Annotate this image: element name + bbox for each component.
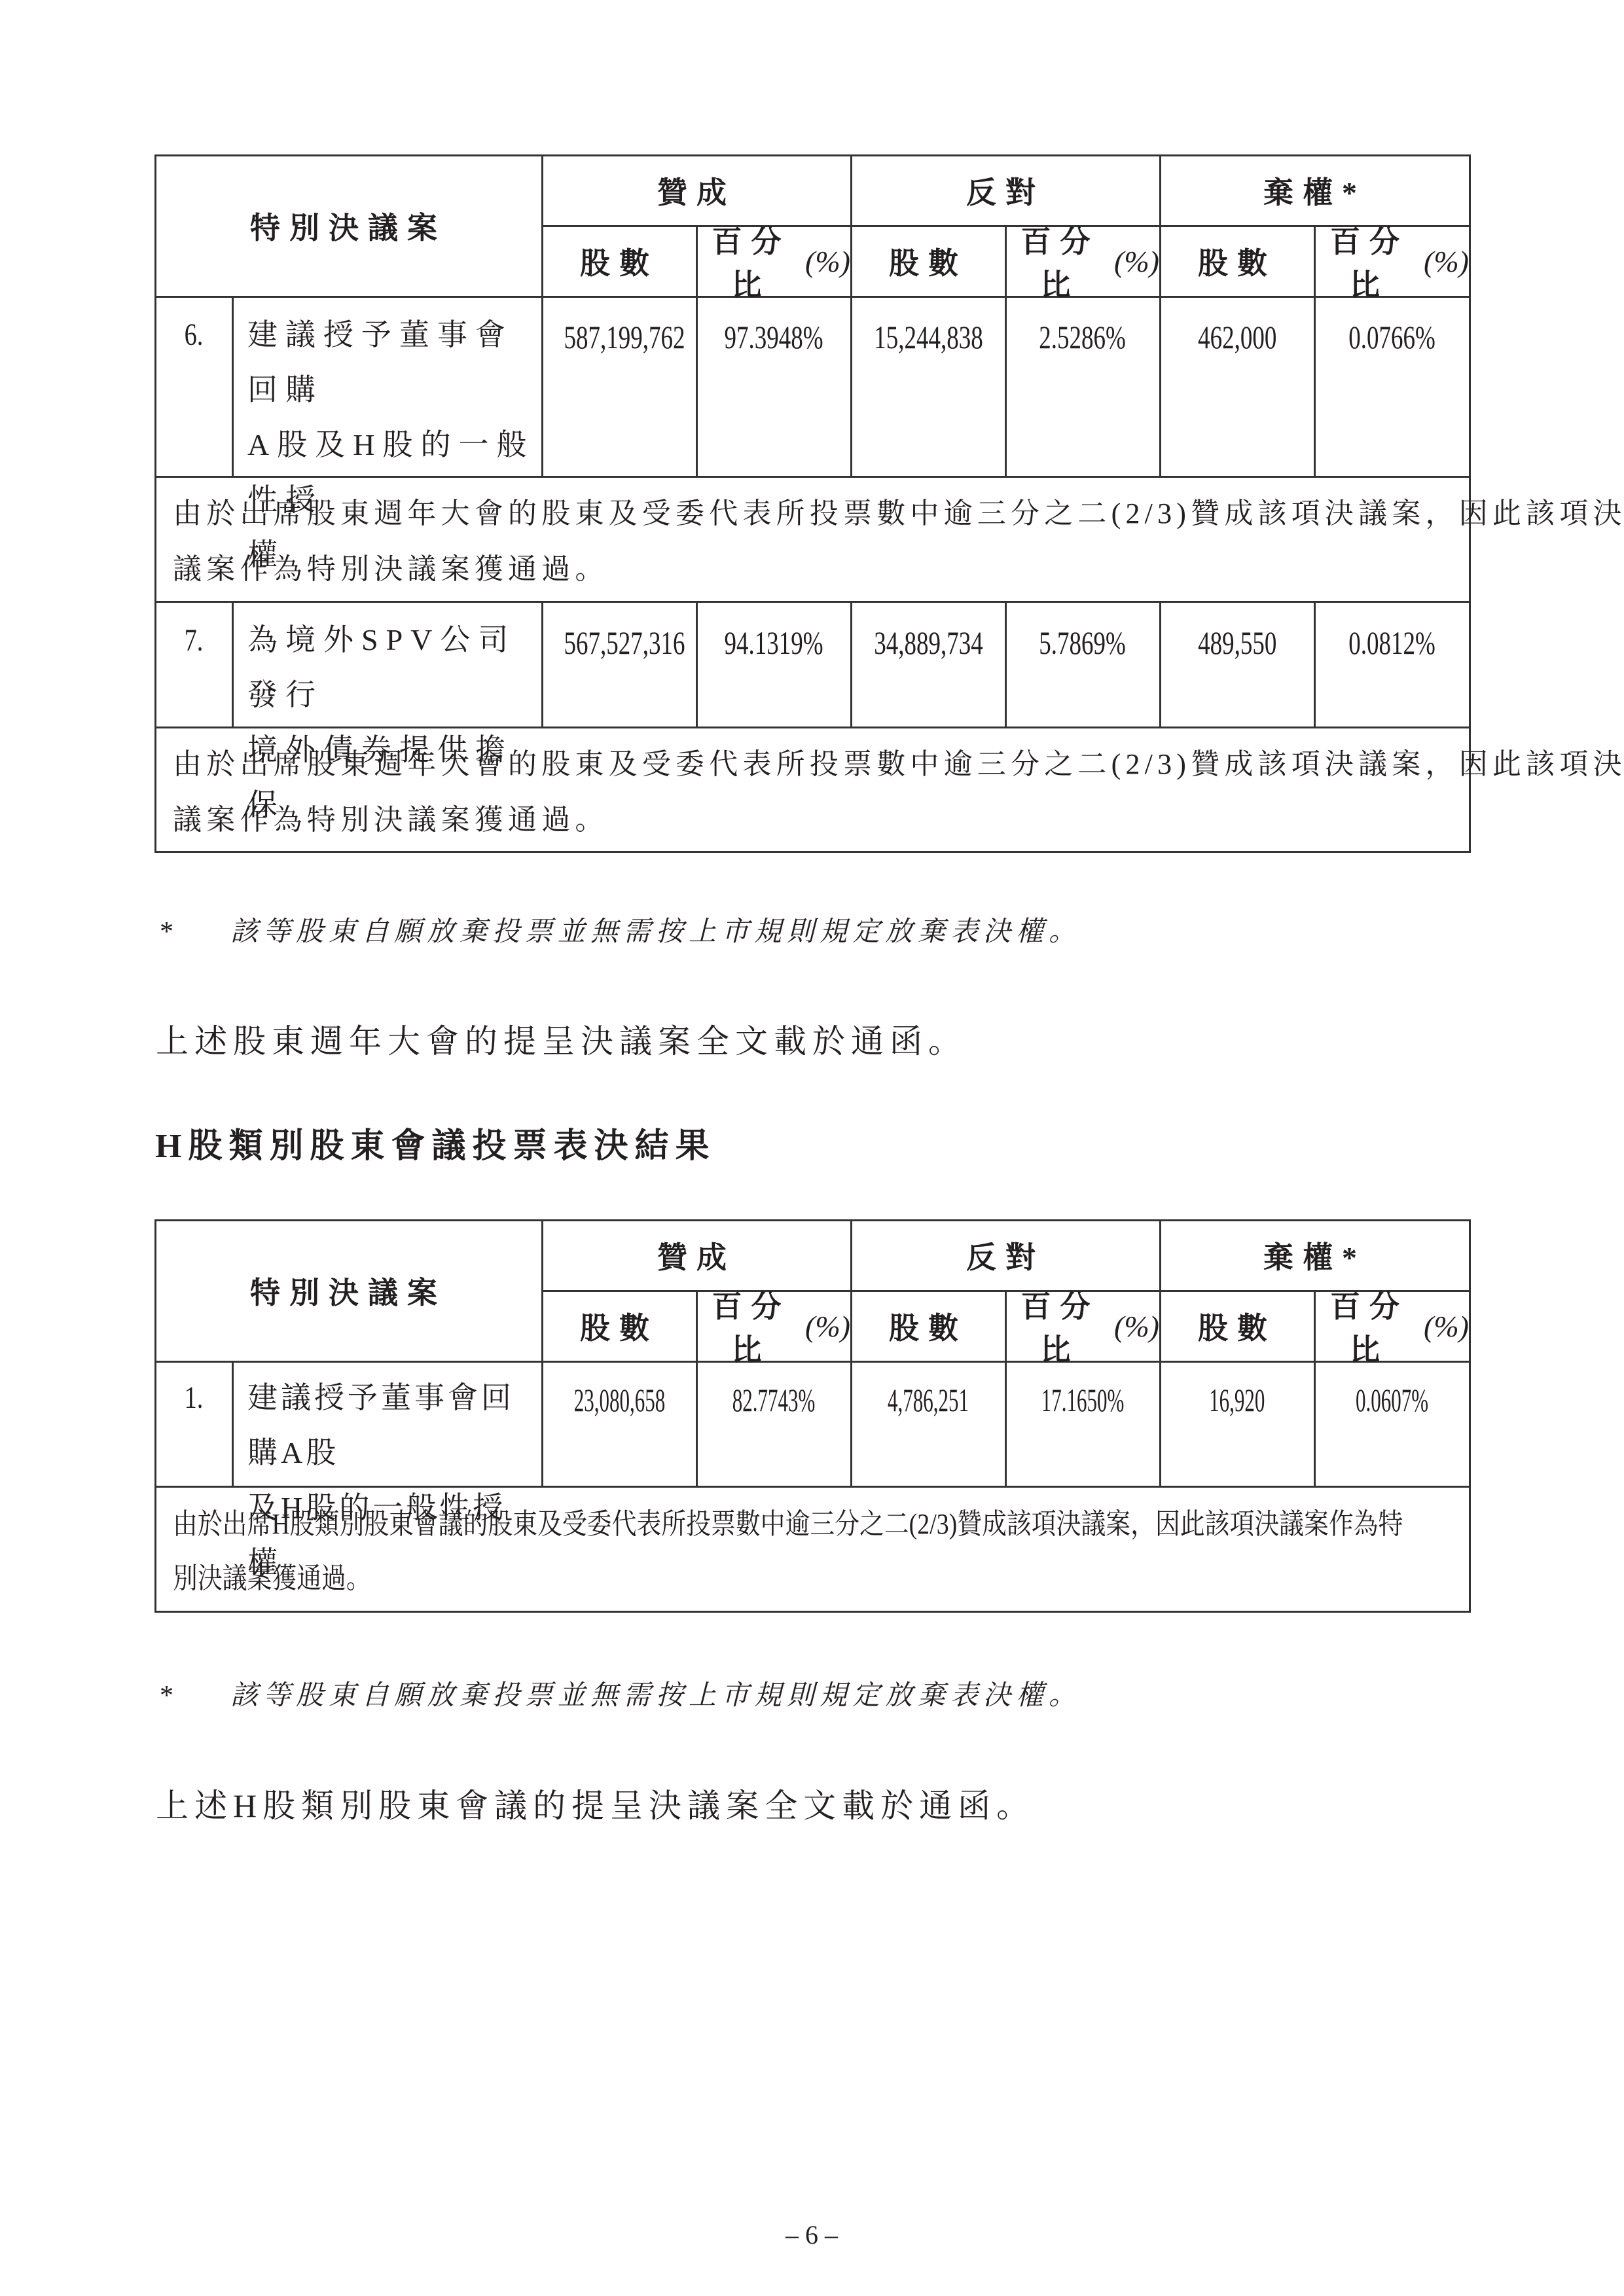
for-percentage: 82.7743% — [697, 1384, 850, 1416]
resolution-passed-note: 由於出席股東週年大會的股東及受委代表所投票數中逾三分之二(2/3)贊成該項決議案… — [173, 486, 1456, 597]
against-percentage: 17.1650% — [1006, 1384, 1159, 1416]
table-border — [155, 851, 1471, 853]
header-for-shares: 股數 — [543, 1291, 696, 1361]
pct-unit: (%) — [1114, 1309, 1159, 1344]
for-shares: 587,199,762 — [543, 321, 696, 353]
table-border — [696, 601, 698, 727]
header-against-shares: 股數 — [852, 1291, 1005, 1361]
abstain-shares: 16,920 — [1161, 1384, 1314, 1416]
table-border — [850, 601, 852, 727]
header-against-pct: 百分比(%) — [1006, 1291, 1159, 1361]
for-percentage: 94.1319% — [697, 626, 850, 659]
against-shares: 4,786,251 — [852, 1384, 1005, 1416]
pct-unit: (%) — [1114, 244, 1159, 279]
pct-label: 百分比 — [1006, 1283, 1114, 1369]
statement-agm-circular: 上述股東週年大會的提呈決議案全文載於通函。 — [156, 1025, 967, 1058]
against-shares: 15,244,838 — [852, 321, 1005, 353]
table-border — [1469, 1219, 1471, 1613]
statement-h-share-circular: 上述H股類別股東會議的提呈決議案全文載於通函。 — [156, 1789, 1035, 1822]
row-number: 7. — [155, 625, 232, 656]
pct-unit: (%) — [1424, 1309, 1469, 1344]
header-for-pct: 百分比(%) — [697, 1291, 850, 1361]
abstain-shares: 489,550 — [1161, 626, 1314, 659]
against-shares: 34,889,734 — [852, 626, 1005, 659]
section-heading: H股類別股東會議投票表決結果 — [155, 1130, 715, 1164]
for-shares: 567,527,316 — [543, 626, 696, 659]
header-abstain: 棄權* — [1161, 1221, 1469, 1290]
header-abstain-shares: 股數 — [1161, 1291, 1314, 1361]
pct-label: 百分比 — [1315, 218, 1424, 304]
table-border — [232, 601, 234, 727]
desc-line: 為境外SPV公司發行 — [247, 613, 535, 723]
pct-unit: (%) — [1424, 244, 1469, 279]
table-border — [155, 1611, 1471, 1613]
header-for: 贊成 — [543, 1221, 850, 1290]
note-line: 議案作為特別決議案獲通過。 — [173, 541, 1456, 597]
note-line: 由於出席H股類別股東會議的股東及受委代表所投票數中逾三分之二(2/3)贊成該項決… — [173, 1497, 1456, 1551]
pct-label: 百分比 — [1315, 1283, 1424, 1369]
row-number: 6. — [155, 319, 232, 351]
resolution-passed-note: 由於出席H股類別股東會議的股東及受委代表所投票數中逾三分之二(2/3)贊成該項決… — [173, 1497, 1456, 1605]
footnote-text: 該等股東自願放棄投票並無需按上市規則規定放棄表決權。 — [230, 1682, 1081, 1710]
table-border — [541, 601, 543, 727]
header-special-resolution: 特別決議案 — [155, 156, 541, 296]
footnote-asterisk: * — [160, 1682, 179, 1710]
table-border — [1159, 601, 1161, 727]
note-line: 由於出席股東週年大會的股東及受委代表所投票數中逾三分之二(2/3)贊成該項決議案… — [173, 486, 1456, 541]
table-border — [1005, 601, 1007, 727]
header-for-pct: 百分比(%) — [697, 226, 850, 296]
pct-label: 百分比 — [697, 1283, 805, 1369]
header-against-pct: 百分比(%) — [1006, 226, 1159, 296]
table-border — [232, 1361, 234, 1486]
row-number: 1. — [155, 1382, 232, 1414]
note-line: 議案作為特別決議案獲通過。 — [173, 792, 1456, 848]
abstain-percentage: 0.0766% — [1315, 321, 1469, 353]
abstain-percentage: 0.0607% — [1315, 1384, 1469, 1416]
header-abstain-shares: 股數 — [1161, 226, 1314, 296]
header-for: 贊成 — [543, 156, 850, 225]
desc-line: 建議授予董事會回購A股 — [247, 1371, 539, 1480]
header-for-shares: 股數 — [543, 226, 696, 296]
footnote-asterisk: * — [160, 918, 179, 946]
for-shares: 23,080,658 — [543, 1384, 696, 1416]
against-percentage: 2.5286% — [1006, 321, 1159, 353]
pct-label: 百分比 — [697, 218, 805, 304]
header-abstain-pct: 百分比(%) — [1315, 226, 1469, 296]
table-border — [1314, 601, 1316, 727]
page-number: – 6 – — [713, 2222, 910, 2248]
desc-line: 建議授予董事會回購 — [247, 308, 535, 418]
table-border — [155, 601, 1471, 603]
header-against: 反對 — [852, 156, 1159, 225]
abstain-shares: 462,000 — [1161, 321, 1314, 353]
header-against: 反對 — [852, 1221, 1159, 1290]
for-percentage: 97.3948% — [697, 321, 850, 353]
resolution-passed-note: 由於出席股東週年大會的股東及受委代表所投票數中逾三分之二(2/3)贊成該項決議案… — [173, 736, 1456, 848]
header-against-shares: 股數 — [852, 226, 1005, 296]
table-border — [155, 296, 1471, 298]
table-border — [232, 296, 234, 476]
header-abstain: 棄權* — [1161, 156, 1469, 225]
note-line: 別決議案獲通過。 — [173, 1551, 1456, 1605]
abstain-percentage: 0.0812% — [1315, 626, 1469, 659]
footnote-text: 該等股東自願放棄投票並無需按上市規則規定放棄表決權。 — [230, 918, 1081, 946]
header-special-resolution: 特別決議案 — [155, 1221, 541, 1361]
pct-unit: (%) — [805, 244, 850, 279]
against-percentage: 5.7869% — [1006, 626, 1159, 659]
pct-label: 百分比 — [1006, 218, 1114, 304]
header-abstain-pct: 百分比(%) — [1315, 1291, 1469, 1361]
note-line: 由於出席股東週年大會的股東及受委代表所投票數中逾三分之二(2/3)贊成該項決議案… — [173, 736, 1456, 792]
table-border — [155, 1361, 1471, 1363]
pct-unit: (%) — [805, 1309, 850, 1344]
